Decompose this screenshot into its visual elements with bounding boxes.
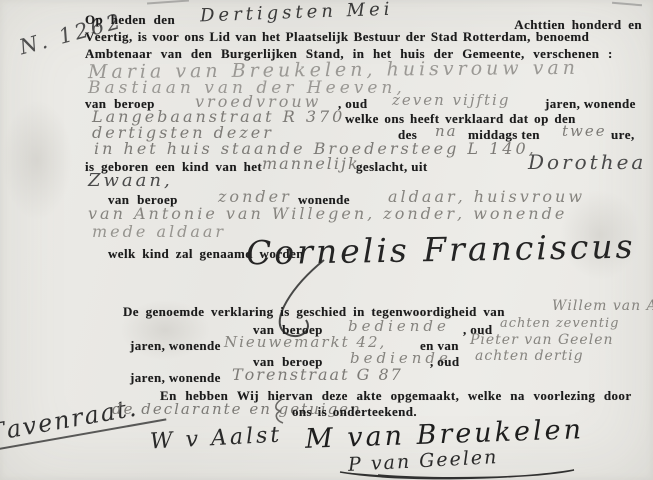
label-geslacht-uit: geslacht, uit bbox=[356, 159, 428, 175]
entry-birth-hour: twee bbox=[562, 122, 607, 140]
entry-witness2-address: Torenstraat G 87 bbox=[232, 365, 403, 384]
entry-witness2-name: Pieter van Geelen bbox=[470, 332, 614, 348]
label-oud-w2: , oud bbox=[430, 354, 459, 370]
label-ure: ure, bbox=[611, 127, 635, 143]
entry-declarant-age: zeven vijftig bbox=[392, 91, 510, 109]
label-welke-verklaard: welke ons heeft verklaard dat op den bbox=[345, 111, 576, 127]
margin-signature: Tavenraat. bbox=[0, 389, 166, 451]
signature-swash bbox=[338, 466, 578, 480]
scan-smudge bbox=[2, 100, 72, 220]
pen-brace bbox=[272, 398, 288, 424]
entry-mother-residence-2: van Antonie van Willegen, zonder, wonend… bbox=[88, 204, 567, 223]
label-jaren-wonende-w2: jaren, wonende bbox=[130, 370, 221, 386]
entry-geslacht: mannelijk bbox=[262, 154, 360, 173]
birth-certificate-scan: N. 1262 Tavenraat. Op heden den Dertigst… bbox=[0, 0, 653, 480]
entry-witness1-name: Willem van Aalst bbox=[552, 298, 653, 314]
entry-date: Dertigsten Mei bbox=[200, 0, 394, 26]
label-jaren-wonende: jaren, wonende bbox=[545, 96, 636, 112]
entry-mother-firstname: Dorothea bbox=[528, 150, 646, 174]
entry-dagdeel: na bbox=[435, 122, 458, 140]
entry-witness1-age: achten zeventig bbox=[500, 316, 619, 331]
scan-artifact bbox=[612, 2, 642, 7]
label-op-heden-den: Op heden den bbox=[85, 12, 175, 28]
entry-mother-lastname: Zwaan, bbox=[88, 170, 173, 191]
scan-artifact bbox=[147, 0, 189, 4]
entry-mother-residence-3: mede aldaar bbox=[92, 222, 226, 241]
template-line-bestuur: Veertig, is voor ons Lid van het Plaatse… bbox=[85, 29, 589, 45]
signature-witness1: W v Aalst bbox=[149, 423, 282, 455]
label-jaren-wonende-w1: jaren, wonende bbox=[130, 338, 221, 354]
entry-witness2-age: achten dertig bbox=[475, 348, 584, 364]
label-onderteekend: ons is onderteekend. bbox=[292, 404, 417, 420]
